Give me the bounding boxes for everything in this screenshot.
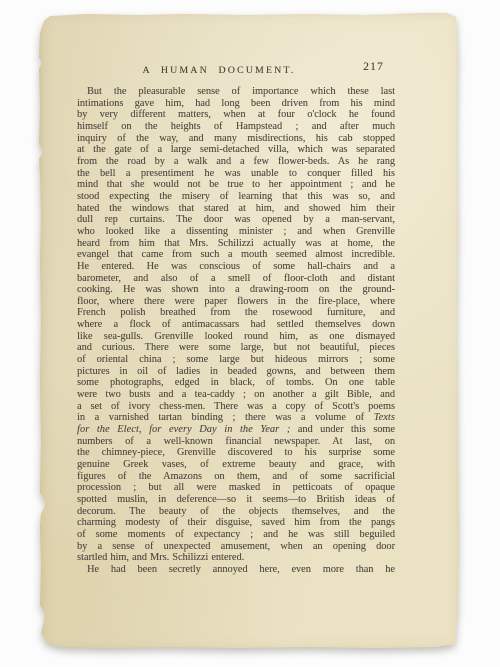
text-line: barometer, and also of a smell of floor-… — [77, 273, 395, 285]
paragraph: But the pleasurable sense of importance … — [77, 86, 395, 564]
text-line: in a varnished tartan binding ; there wa… — [77, 412, 395, 424]
text-line: hated the windows that stared at him, an… — [77, 203, 395, 215]
photo-background: A HUMAN DOCUMENT. 217 But the pleasurabl… — [0, 0, 500, 667]
text-line: himself on the heights of Hampstead ; an… — [77, 121, 395, 133]
paragraph: He had been secretly annoyed here, even … — [77, 564, 395, 576]
text-line: were two busts and a tea-caddy ; on anot… — [77, 389, 395, 401]
text-line: genuine Greek vases, of extreme beauty a… — [77, 459, 395, 471]
text-line: French polish breathed from the rosewood… — [77, 307, 395, 319]
text-line: by a sense of unexpected amusement, when… — [77, 541, 395, 553]
text-line: of oriental china ; some large but hideo… — [77, 354, 395, 366]
text-line: where a flock of antimacassars had settl… — [77, 319, 395, 331]
text-line: the bell a presentiment he was unable to… — [77, 168, 395, 180]
text-line: He entered. He was conscious of some hal… — [77, 261, 395, 273]
page-number: 217 — [363, 61, 384, 73]
text-line: from the road by a walk and a few flower… — [77, 156, 395, 168]
text-line: charming modesty of their disguise, save… — [77, 517, 395, 529]
text-line: some photographs, edged in black, of tom… — [77, 377, 395, 389]
text-line: like sea-gulls. Grenville looked round h… — [77, 331, 395, 343]
text-line: at the gate of a large semi-detached vil… — [77, 144, 395, 156]
text-line: stood expecting the misery of learning t… — [77, 191, 395, 203]
text-line: floor, where there were paper flowers in… — [77, 296, 395, 308]
book-page: A HUMAN DOCUMENT. 217 But the pleasurabl… — [37, 11, 460, 651]
text-line: figures of the Amazons on them, and of s… — [77, 471, 395, 483]
text-line: inquiry of the way, and many misdirectio… — [77, 133, 395, 145]
text-line: procession ; but all were masked in pett… — [77, 482, 395, 494]
text-line: intimations gave him, had long been driv… — [77, 98, 395, 110]
running-header: A HUMAN DOCUMENT. 217 — [77, 63, 395, 79]
text-line: for the Elect, for every Day in the Year… — [77, 424, 395, 436]
text-line: who looked like a dissenting minister ; … — [77, 226, 395, 238]
page-body-text: But the pleasurable sense of importance … — [77, 86, 395, 576]
text-line: by very different matters, when at four … — [77, 109, 395, 121]
text-line: the chimney-piece, Grenville discovered … — [77, 447, 395, 459]
running-header-title: A HUMAN DOCUMENT. — [142, 65, 295, 76]
text-line: and curious. There were some large, but … — [77, 342, 395, 354]
text-line: He had been secretly annoyed here, even … — [77, 564, 395, 576]
text-line: pictures in oil of ladies in beaded gown… — [77, 366, 395, 378]
text-line: dull rep curtains. The door was opened b… — [77, 214, 395, 226]
text-line: mind that she would not be true to her a… — [77, 179, 395, 191]
text-line: decorum. The beauty of the objects thems… — [77, 506, 395, 518]
text-line: of some moments of expectancy ; and he w… — [77, 529, 395, 541]
text-line: evangel that came from such a mouth seem… — [77, 249, 395, 261]
text-line: a set of ivory chess-men. There was a co… — [77, 401, 395, 413]
text-line: numbers of a well-known financial newspa… — [77, 436, 395, 448]
text-line: startled him, and Mrs. Schilizzi entered… — [77, 552, 395, 564]
text-line: cooking. He was shown into a drawing-roo… — [77, 284, 395, 296]
text-line: But the pleasurable sense of importance … — [77, 86, 395, 98]
page-shadow: A HUMAN DOCUMENT. 217 But the pleasurabl… — [0, 0, 500, 667]
text-line: heard from him that Mrs. Schilizzi actua… — [77, 238, 395, 250]
text-line: spotted muslin, in deference—so it seems… — [77, 494, 395, 506]
